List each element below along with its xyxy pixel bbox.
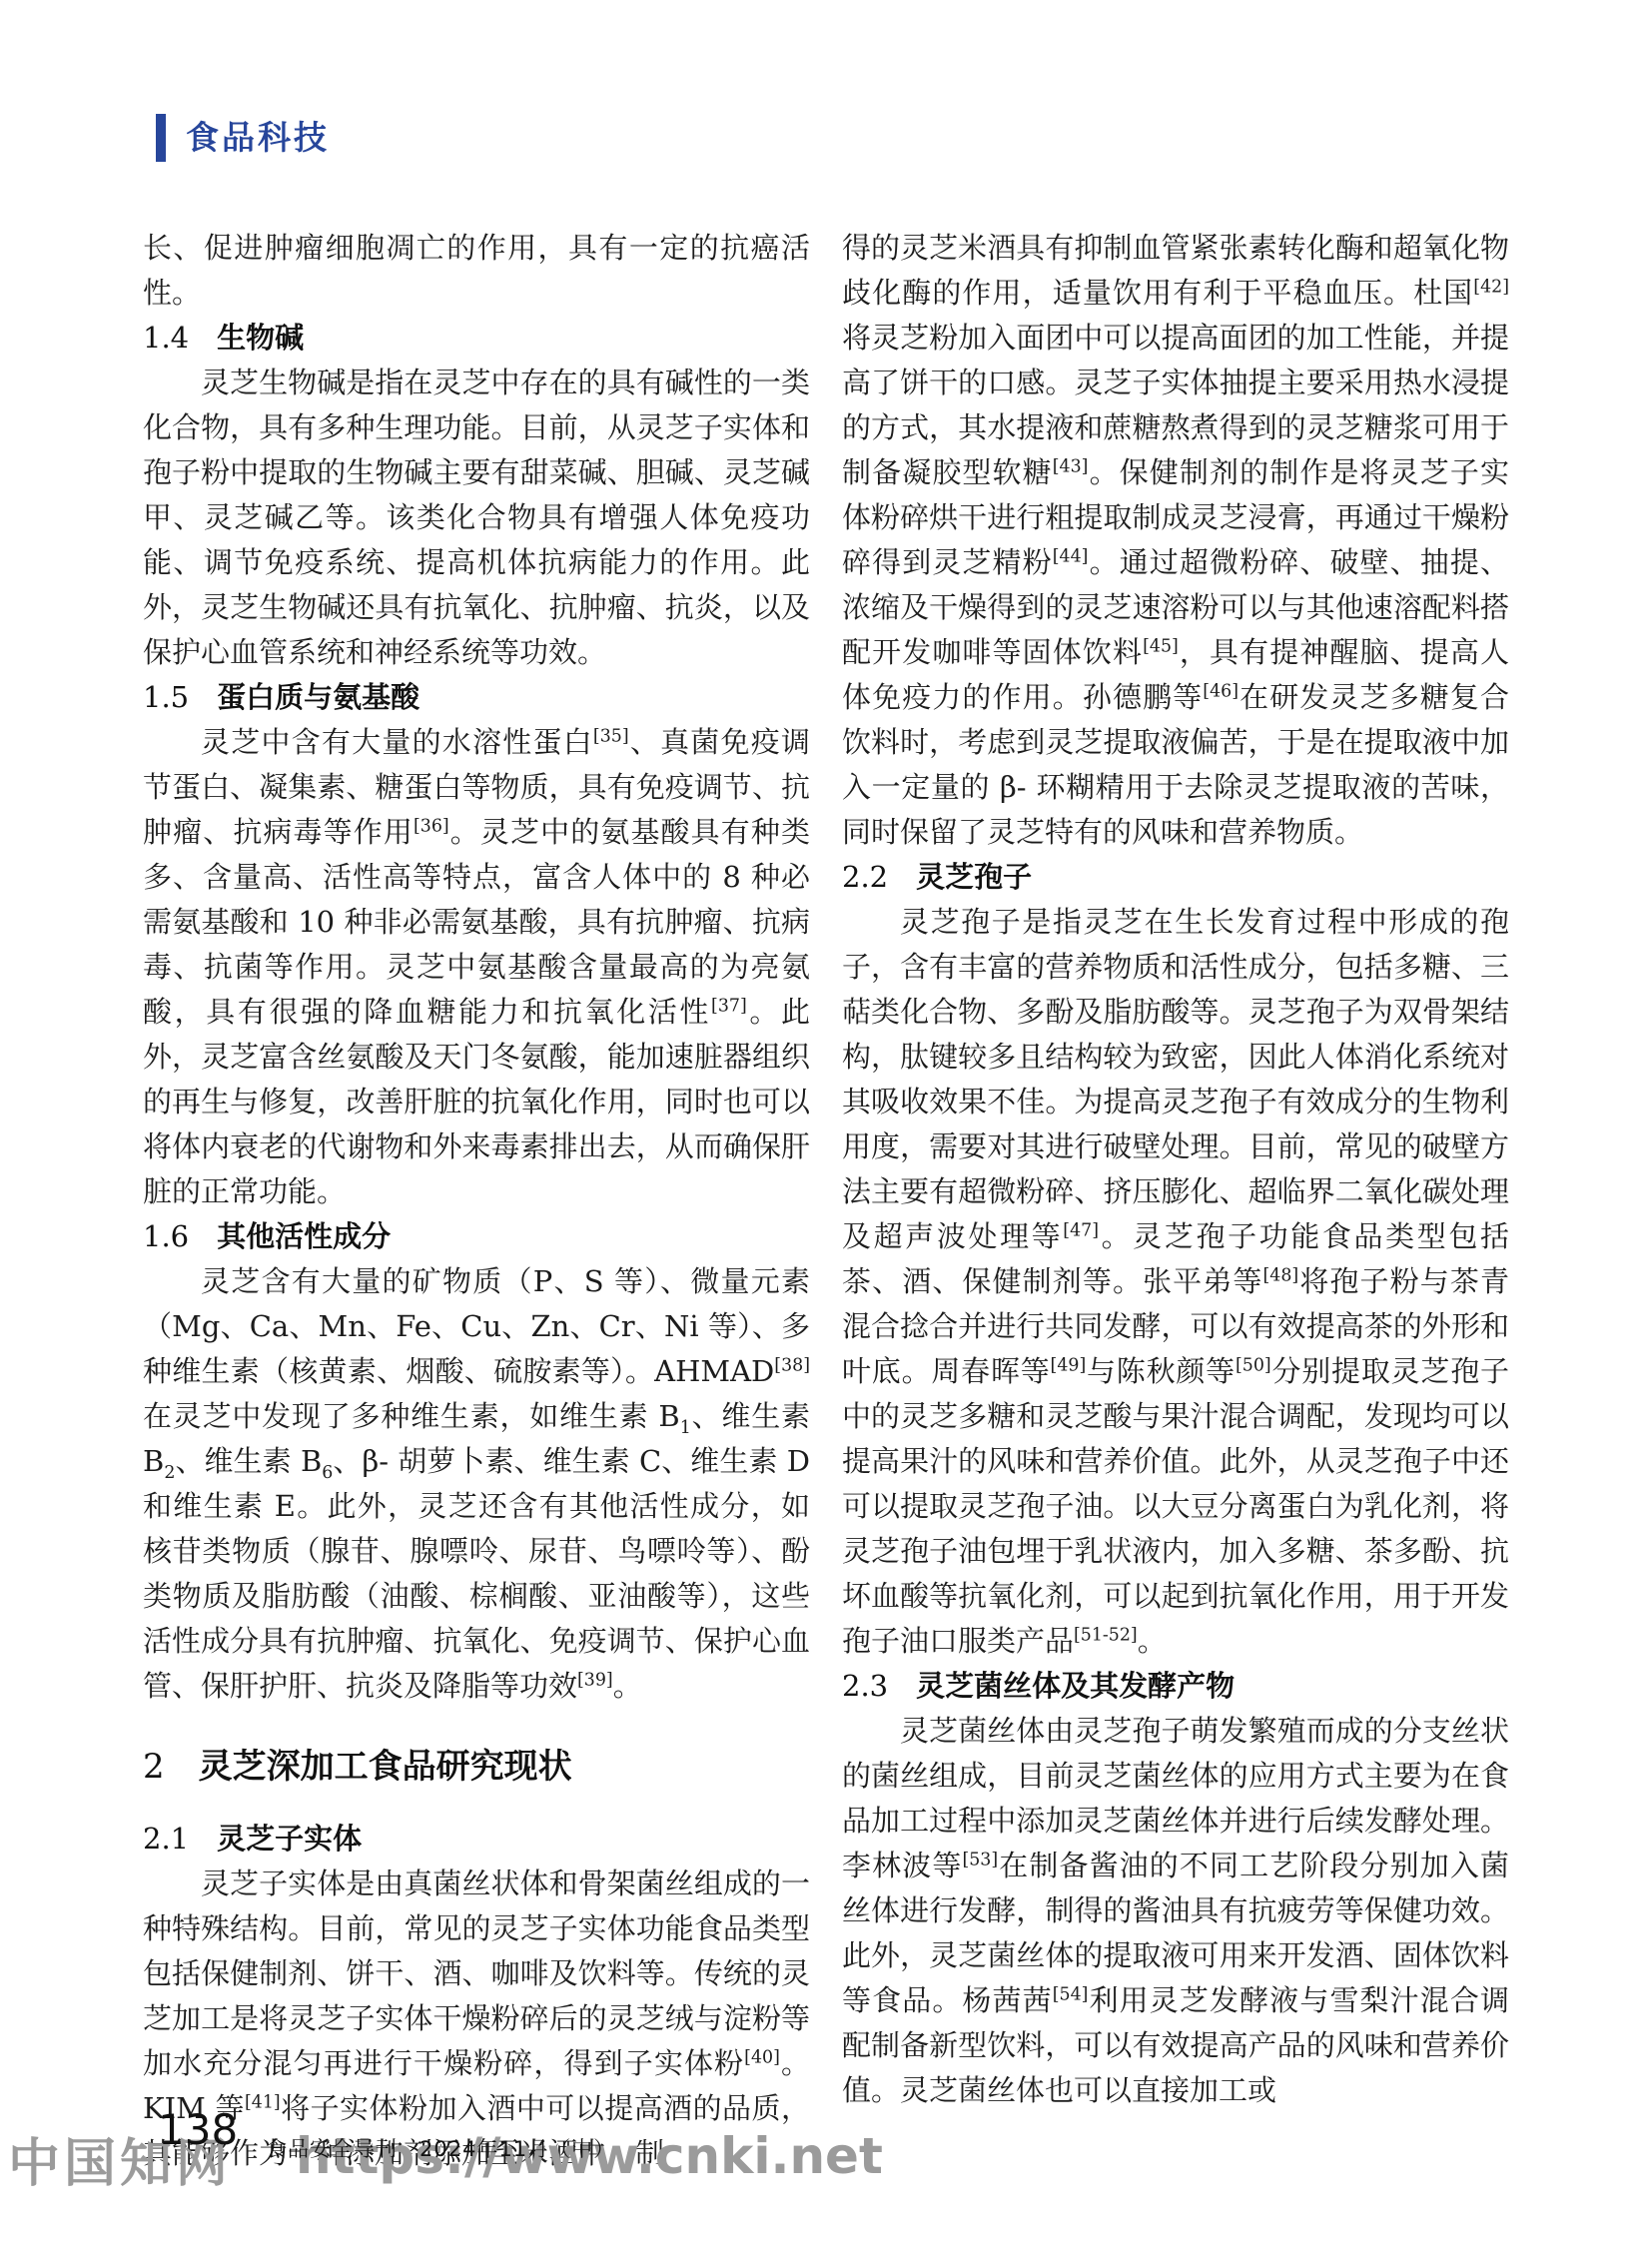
paragraph: 灵芝中含有大量的水溶性蛋白[35]、真菌免疫调节蛋白、凝集素、糖蛋白等物质，具有… — [143, 720, 810, 1214]
reference-superscript: [53] — [962, 1850, 998, 1869]
reference-superscript: [54] — [1053, 1984, 1089, 2004]
vitamin-subscript: 2 — [164, 1463, 175, 1483]
section-tag-label: 食品科技 — [186, 115, 330, 161]
text-run: 灵芝子实体是由真菌丝状体和骨架菌丝组成的一种特殊结构。目前，常见的灵芝子实体功能… — [143, 1867, 810, 2080]
reference-superscript: [51-52] — [1074, 1625, 1138, 1645]
subsection-heading: 2.1灵芝子实体 — [143, 1817, 810, 1862]
article-column-left: 长、促进肿瘤细胞凋亡的作用，具有一定的抗癌活性。1.4生物碱灵芝生物碱是指在灵芝… — [143, 226, 810, 2176]
heading-number: 1.4 — [143, 321, 189, 355]
text-run: 在灵芝中发现了多种维生素，如维生素 B — [143, 1399, 680, 1433]
heading-number: 1.6 — [143, 1219, 189, 1253]
paragraph: 灵芝孢子是指灵芝在生长发育过程中形成的孢子，含有丰富的营养物质和活性成分，包括多… — [842, 900, 1509, 1664]
paragraph: 灵芝生物碱是指在灵芝中存在的具有碱性的一类化合物，具有多种生理功能。目前，从灵芝… — [143, 361, 810, 675]
text-run: 。 — [613, 1669, 642, 1703]
reference-superscript: [39] — [577, 1670, 613, 1690]
subsection-heading: 2.2灵芝孢子 — [842, 855, 1509, 900]
reference-superscript: [50] — [1236, 1355, 1271, 1375]
subsection-heading: 1.5蛋白质与氨基酸 — [143, 675, 810, 720]
reference-superscript: [36] — [413, 816, 449, 836]
subsection-heading: 2.3灵芝菌丝体及其发酵产物 — [842, 1664, 1509, 1709]
reference-superscript: [46] — [1203, 681, 1239, 701]
reference-superscript: [49] — [1051, 1355, 1087, 1375]
heading-title: 灵芝孢子 — [916, 860, 1032, 894]
paragraph: 灵芝含有大量的矿物质（P、S 等）、微量元素（Mg、Ca、Mn、Fe、Cu、Zn… — [143, 1259, 810, 1709]
text-run: 、β- 胡萝卜素、维生素 C、维生素 D 和维生素 E。此外，灵芝还含有其他活性… — [143, 1444, 810, 1703]
reference-superscript: [35] — [593, 726, 629, 746]
reference-superscript: [47] — [1063, 1220, 1099, 1240]
paragraph-continuation: 得的灵芝米酒具有抑制血管紧张素转化酶和超氧化物歧化酶的作用，适量饮用有利于平稳血… — [842, 226, 1509, 855]
heading-title: 其他活性成分 — [217, 1219, 391, 1253]
reference-superscript: [42] — [1473, 277, 1509, 297]
heading-title: 灵芝子实体 — [217, 1822, 362, 1856]
reference-superscript: [41] — [245, 2092, 281, 2112]
paragraph-continuation: 长、促进肿瘤细胞凋亡的作用，具有一定的抗癌活性。 — [143, 226, 810, 316]
heading-number: 1.5 — [143, 680, 189, 714]
text-run: 。 — [1138, 1624, 1167, 1658]
page-number: 138 — [158, 2105, 238, 2154]
heading-number: 2.3 — [842, 1669, 888, 1703]
text-run: 长、促进肿瘤细胞凋亡的作用，具有一定的抗癌活性。 — [143, 231, 810, 310]
text-run: 、维生素 B — [175, 1444, 322, 1478]
subsection-heading: 1.4生物碱 — [143, 316, 810, 361]
reference-superscript: [44] — [1053, 546, 1089, 566]
reference-superscript: [38] — [774, 1355, 810, 1375]
heading-number: 2 — [143, 1747, 165, 1787]
reference-superscript: [43] — [1053, 456, 1089, 476]
heading-title: 灵芝菌丝体及其发酵产物 — [916, 1669, 1235, 1703]
section-heading: 2灵芝深加工食品研究现状 — [143, 1743, 810, 1791]
heading-number: 2.2 — [842, 860, 888, 894]
heading-title: 灵芝深加工食品研究现状 — [199, 1747, 572, 1787]
journal-page: 食品科技 长、促进肿瘤细胞凋亡的作用，具有一定的抗癌活性。1.4生物碱灵芝生物碱… — [0, 0, 1652, 2242]
heading-title: 生物碱 — [217, 321, 304, 355]
paragraph: 灵芝菌丝体由灵芝孢子萌发繁殖而成的分支丝状的菌丝组成，目前灵芝菌丝体的应用方式主… — [842, 1709, 1509, 2113]
text-run: 得的灵芝米酒具有抑制血管紧张素转化酶和超氧化物歧化酶的作用，适量饮用有利于平稳血… — [842, 231, 1509, 310]
reference-superscript: [37] — [711, 996, 747, 1016]
reference-superscript: [40] — [744, 2047, 780, 2067]
text-run: 灵芝含有大量的矿物质（P、S 等）、微量元素（Mg、Ca、Mn、Fe、Cu、Zn… — [143, 1264, 810, 1388]
vitamin-subscript: 1 — [680, 1418, 691, 1438]
text-run: 灵芝中含有大量的水溶性蛋白 — [201, 725, 593, 759]
subsection-heading: 1.6其他活性成分 — [143, 1214, 810, 1259]
journal-footer-line: 食品安全导刊 2024年11月（中） — [266, 2133, 615, 2163]
reference-superscript: [45] — [1143, 636, 1179, 656]
heading-number: 2.1 — [143, 1822, 189, 1856]
article-column-right: 得的灵芝米酒具有抑制血管紧张素转化酶和超氧化物歧化酶的作用，适量饮用有利于平稳血… — [842, 226, 1509, 2113]
heading-title: 蛋白质与氨基酸 — [217, 680, 419, 714]
reference-superscript: [48] — [1263, 1265, 1299, 1285]
text-run: 灵芝孢子是指灵芝在生长发育过程中形成的孢子，含有丰富的营养物质和活性成分，包括多… — [842, 905, 1509, 1253]
text-run: 分别提取灵芝孢子中的灵芝多糖和灵芝酸与果汁混合调配，发现均可以提高果汁的风味和营… — [842, 1354, 1509, 1658]
section-tag-bar — [156, 114, 166, 162]
text-run: 与陈秋颜等 — [1086, 1354, 1236, 1388]
vitamin-subscript: 6 — [322, 1463, 333, 1483]
text-run: 灵芝生物碱是指在灵芝中存在的具有碱性的一类化合物，具有多种生理功能。目前，从灵芝… — [143, 366, 810, 669]
